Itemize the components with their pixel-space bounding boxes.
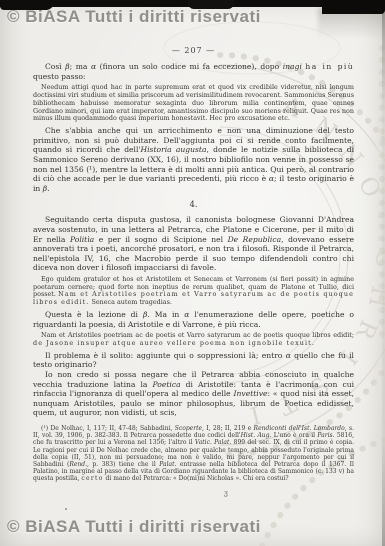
paragraph-giovanni-dandrea: Seguitando certa disputa gustosa, il can… xyxy=(33,215,354,273)
paragraph-problema: Il problema è il solito: aggiunte qui o … xyxy=(33,351,354,370)
text-segment: Rend. xyxy=(69,461,87,468)
scanned-book-page: A N N O · C H R I S T I © BiASA Tutti i … xyxy=(0,0,385,546)
section-heading: 4. xyxy=(33,200,354,210)
scan-speck: ʒ xyxy=(224,490,228,496)
text-segment: . Ma in xyxy=(147,310,184,319)
paragraph-historia-augusta: Che s'abbia anche qui un arricchimento e… xyxy=(33,126,354,193)
text-segment: Poetica xyxy=(152,380,180,389)
scan-speck-dot xyxy=(65,508,67,510)
text-segment: Needum attigi quod hac in parte supremum… xyxy=(33,83,354,122)
latin-block-quote-2: Ego quidem gratulor et hos et Aristotile… xyxy=(33,276,354,307)
text-segment: Seneca autem tragedias. xyxy=(89,298,171,306)
text-segment: di mano del Petrarca: « Do(mi)ni Nichola… xyxy=(104,475,289,482)
text-segment: Vatic. Palat. xyxy=(195,439,231,446)
watermark-copyright-top: © BiASA Tutti i diritti riservati xyxy=(7,7,261,27)
text-segment: Paris. xyxy=(317,432,334,439)
text-segment: . xyxy=(47,184,49,193)
paragraph-lezione-beta: Questa è la lezione di β. Ma in α l'enum… xyxy=(33,310,354,329)
stamp-letter: O xyxy=(353,172,385,203)
text-segment: inagi xyxy=(283,62,302,71)
text-segment: , I, 28; II, 219 e xyxy=(202,425,254,432)
latin-block-quote-1: Needum attigi quod hac in parte supremum… xyxy=(33,84,354,123)
text-segment: De Republica xyxy=(228,235,282,244)
text-segment: Invettive xyxy=(234,389,268,398)
text-segment: Questa è la lezione di xyxy=(45,310,143,319)
footnote-1: (¹) De Nolhac, I, 117; II, 47-48; Sabbad… xyxy=(33,425,354,483)
watermark-copyright-bottom: © BiASA Tutti i diritti riservati xyxy=(7,517,261,537)
text-segment: Nam et Aristotiles poetriam et Varro sat… xyxy=(33,290,354,306)
paragraph-variant-intro: Così β; ma α (finora un solo codice mi f… xyxy=(33,62,354,81)
text-segment: questo passo: xyxy=(33,72,86,81)
text-segment: Il problema è il solito: aggiunte qui o … xyxy=(45,351,286,360)
text-segment: (¹) De Nolhac, I, 117; II, 47-48; Sabbad… xyxy=(41,425,175,432)
text-segment: (finora un solo codice mi fa eccezione),… xyxy=(96,62,283,71)
stamp-letter: R xyxy=(350,316,383,345)
latin-block-quote-3: Nam et Aristotiles poetriam ac de poetis… xyxy=(33,332,354,348)
text-segment: , p. 383) tiene che il xyxy=(87,461,159,468)
text-segment: ha in più xyxy=(305,62,354,71)
text-segment: L'uno è ora il xyxy=(271,432,317,439)
text-segment: e per il sogno di Scipione nel xyxy=(94,235,227,244)
text-segment: ; ma xyxy=(70,62,91,71)
text-segment: Scoperte xyxy=(175,425,202,432)
text-segment: Nam et Aristotiles poetriam ac de poetis… xyxy=(41,331,354,339)
text-segment: Palat. xyxy=(159,461,176,468)
text-segment: Hist. Aug. xyxy=(241,432,272,439)
text-segment: de Jasone insuper atque aureo vellere po… xyxy=(33,339,315,347)
text-segment: Rendiconti dell'Ist. Lombardo xyxy=(254,425,345,432)
text-segment: certo xyxy=(81,475,103,482)
text-segment: Politìa xyxy=(70,235,94,244)
scan-edge-blob-right xyxy=(322,0,385,14)
paragraph-poetica: Io non credo si possa negare che il Petr… xyxy=(33,370,354,418)
text-column: — 207 — Così β; ma α (finora un solo cod… xyxy=(33,46,354,483)
page-number: — 207 — xyxy=(33,46,354,55)
text-segment: Historia augusta xyxy=(141,145,207,154)
text-segment: Così xyxy=(45,62,65,71)
